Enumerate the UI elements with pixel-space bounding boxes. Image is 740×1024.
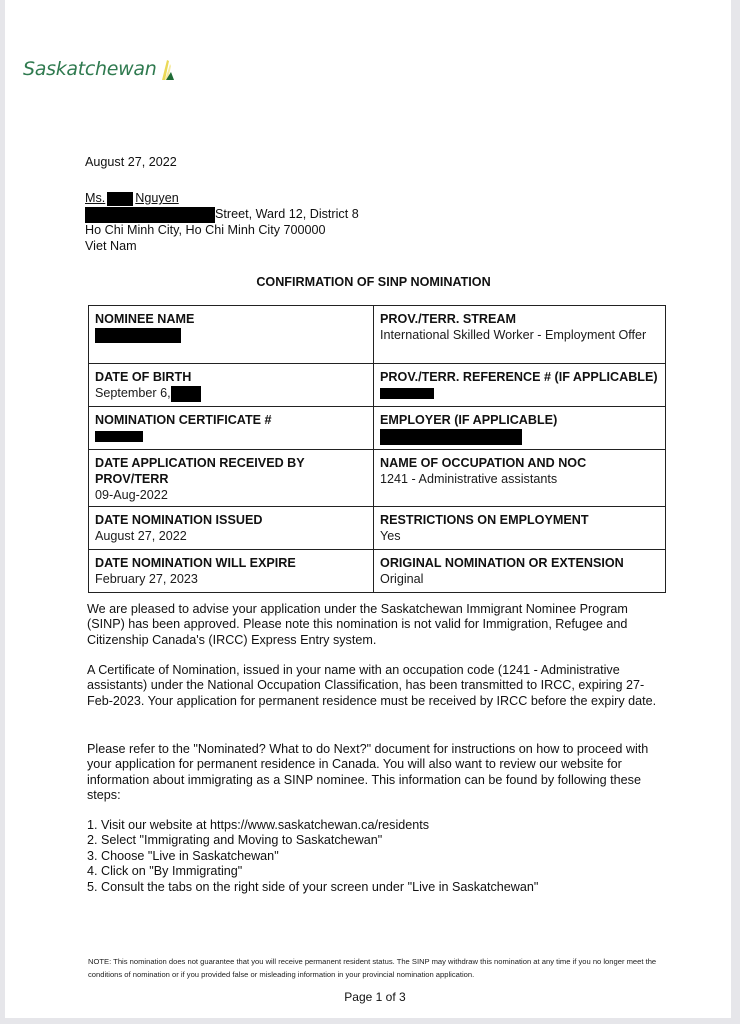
table-cell-occupation: NAME OF OCCUPATION AND NOC 1241 - Admini… — [374, 450, 666, 507]
list-item: 1. Visit our website at https://www.sask… — [87, 818, 667, 833]
steps-list: 1. Visit our website at https://www.sask… — [87, 818, 667, 895]
city-line: Ho Chi Minh City, Ho Chi Minh City 70000… — [85, 222, 485, 238]
table-cell-employer: EMPLOYER (IF APPLICABLE) — [374, 407, 666, 450]
table-cell-reference-number: PROV./TERR. REFERENCE # (IF APPLICABLE) — [374, 364, 666, 407]
certificate-paragraph: A Certificate of Nomination, issued in y… — [87, 663, 667, 709]
street-suffix: Street, Ward 12, District 8 — [215, 207, 359, 221]
next-steps-paragraph: Please refer to the "Nominated? What to … — [87, 742, 667, 804]
table-cell-original-or-extension: ORIGINAL NOMINATION OR EXTENSION Origina… — [374, 550, 666, 593]
redacted-street — [85, 207, 215, 223]
wheat-logo-icon — [158, 58, 176, 82]
redacted-birth-year — [171, 386, 201, 402]
nomination-info-table: NOMINEE NAME PROV./TERR. STREAM Internat… — [88, 305, 666, 593]
table-cell-date-received: DATE APPLICATION RECEIVED BY PROV/TERR 0… — [89, 450, 374, 507]
table-cell-nominee-name: NOMINEE NAME — [89, 306, 374, 364]
list-item: 5. Consult the tabs on the right side of… — [87, 880, 667, 895]
surname: Nguyen — [135, 191, 178, 205]
list-item: 3. Choose "Live in Saskatchewan" — [87, 849, 667, 864]
table-cell-date-of-birth: DATE OF BIRTH September 6, — [89, 364, 374, 407]
redacted-employer — [380, 429, 522, 445]
table-row: DATE NOMINATION ISSUED August 27, 2022 R… — [89, 507, 666, 550]
recipient-address: Ms.Nguyen Street, Ward 12, District 8 Ho… — [85, 190, 485, 254]
list-item: 4. Click on "By Immigrating" — [87, 864, 667, 879]
table-cell-certificate-number: NOMINATION CERTIFICATE # — [89, 407, 374, 450]
salutation: Ms. — [85, 191, 105, 205]
country-line: Viet Nam — [85, 238, 485, 254]
page-number: Page 1 of 3 — [85, 990, 665, 1004]
table-row: DATE OF BIRTH September 6, PROV./TERR. R… — [89, 364, 666, 407]
redacted-nominee-name — [95, 328, 181, 343]
table-cell-restrictions: RESTRICTIONS ON EMPLOYMENT Yes — [374, 507, 666, 550]
table-row: DATE APPLICATION RECEIVED BY PROV/TERR 0… — [89, 450, 666, 507]
letter-date: August 27, 2022 — [85, 154, 177, 170]
recipient-name-line: Ms.Nguyen — [85, 190, 485, 206]
document-page: Saskatchewan August 27, 2022 Ms.Nguyen S… — [5, 0, 731, 1018]
saskatchewan-logo: Saskatchewan — [23, 58, 157, 80]
table-row: NOMINEE NAME PROV./TERR. STREAM Internat… — [89, 306, 666, 364]
street-line: Street, Ward 12, District 8 — [85, 206, 485, 222]
footer-note: NOTE: This nomination does not guarantee… — [88, 955, 688, 981]
document-title: CONFIRMATION OF SINP NOMINATION — [85, 275, 662, 289]
logo-text: Saskatchewan — [23, 58, 157, 80]
table-cell-date-expire: DATE NOMINATION WILL EXPIRE February 27,… — [89, 550, 374, 593]
list-item: 2. Select "Immigrating and Moving to Sas… — [87, 833, 667, 848]
table-cell-stream: PROV./TERR. STREAM International Skilled… — [374, 306, 666, 364]
redacted-first-name — [107, 192, 133, 206]
table-row: DATE NOMINATION WILL EXPIRE February 27,… — [89, 550, 666, 593]
redacted-reference-number — [380, 388, 434, 399]
table-cell-date-issued: DATE NOMINATION ISSUED August 27, 2022 — [89, 507, 374, 550]
redacted-certificate-number — [95, 431, 143, 442]
table-row: NOMINATION CERTIFICATE # EMPLOYER (IF AP… — [89, 407, 666, 450]
approval-paragraph: We are pleased to advise your applicatio… — [87, 602, 667, 648]
